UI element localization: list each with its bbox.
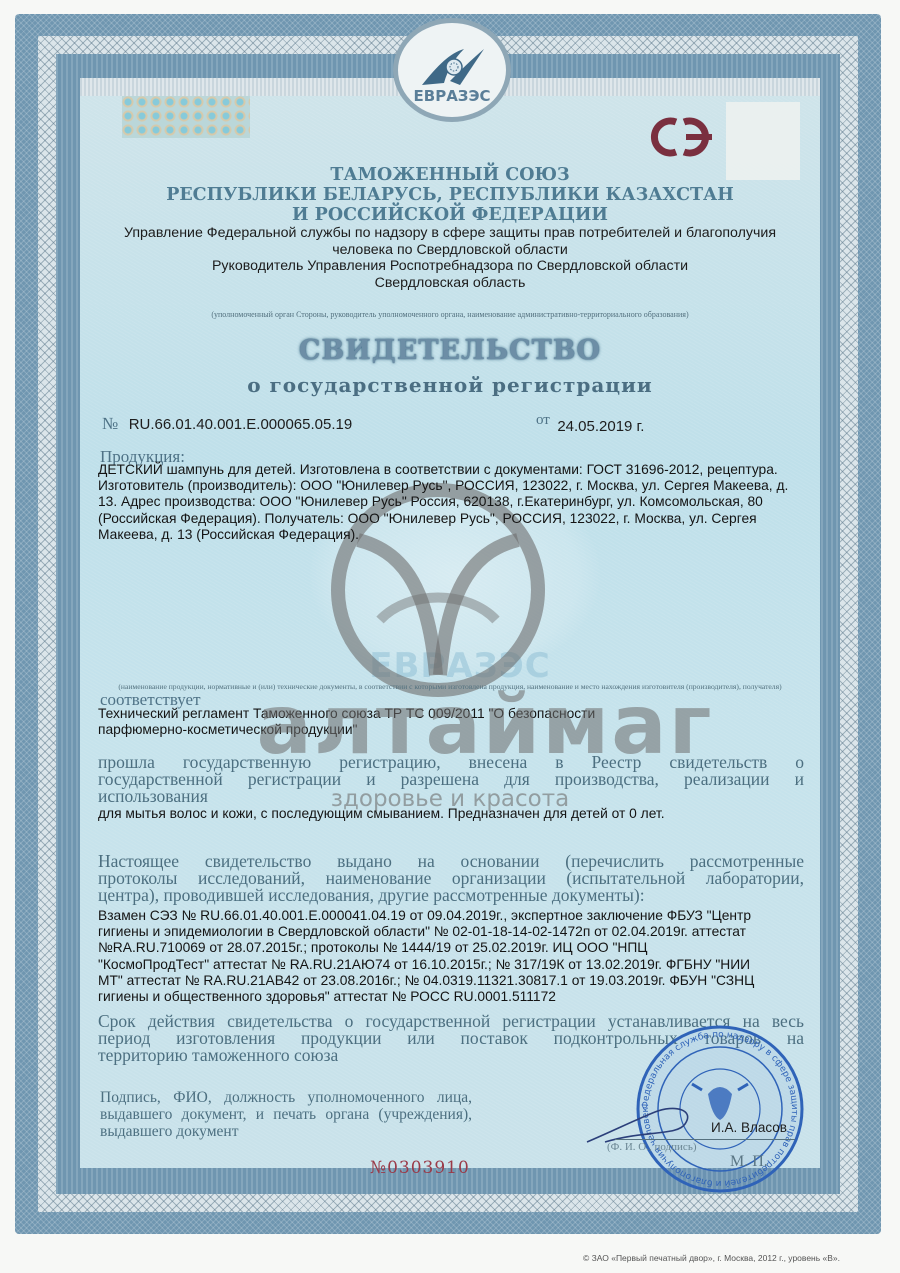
signer-name: И.А. Власов [711, 1120, 787, 1135]
union-title-line: ТАМОЖЕННЫЙ СОЮЗ [90, 165, 810, 185]
basis-documents: Взамен СЭЗ № RU.66.01.40.001.Е.000041.04… [98, 908, 758, 1005]
document-subtitle: о государственной регистрации [90, 373, 810, 397]
union-title-line: РЕСПУБЛИКИ БЕЛАРУСЬ, РЕСПУБЛИКИ КАЗАХСТА… [90, 185, 810, 205]
eaec-emblem-text: ЕВРАЗЭС [398, 87, 506, 105]
hologram-strip [122, 96, 250, 138]
signature-caption-line: выдавшего документ [100, 1123, 472, 1140]
authority-caption: (уполномоченный орган Стороны, руководит… [90, 310, 810, 319]
signature-caption: Подпись, ФИО, должность уполномоченного … [100, 1089, 472, 1140]
document-title: СВИДЕТЕЛЬСТВО [90, 335, 810, 366]
authority-line: Руководитель Управления Роспотребнадзора… [90, 258, 810, 275]
authority-line: Свердловская область [90, 275, 810, 292]
authority-line: человека по Свердловской области [90, 242, 810, 259]
usage-text: для мытья волос и кожи, с последующим см… [98, 806, 804, 822]
date-label: от [536, 412, 550, 428]
registration-date: 24.05.2019 г. [557, 418, 644, 435]
eaec-swoosh-icon [420, 45, 486, 89]
authority-line: Управление Федеральной службы по надзору… [90, 225, 810, 242]
signature-line [615, 1139, 795, 1140]
fio-caption: (Ф. И. О., подпись) [607, 1141, 697, 1153]
union-title: ТАМОЖЕННЫЙ СОЮЗ РЕСПУБЛИКИ БЕЛАРУСЬ, РЕС… [90, 165, 810, 225]
registration-date-row: от 24.05.2019 г. [536, 412, 644, 430]
basis-intro-line: центра), проводившей исследования, други… [98, 887, 804, 904]
signature-caption-line: выдавшего документ, и печать органа (учр… [100, 1106, 472, 1123]
registration-number-row: № RU.66.01.40.001.E.000065.05.19 [102, 414, 352, 434]
form-serial-number: №0303910 [370, 1158, 470, 1178]
basis-intro: Настоящее свидетельство выдано на основа… [98, 853, 804, 904]
printer-copyright: © ЗАО «Первый печатный двор», г. Москва,… [583, 1253, 840, 1263]
authority-block: Управление Федеральной службы по надзору… [90, 225, 810, 291]
number-label: № [102, 414, 118, 433]
registration-number: RU.66.01.40.001.E.000065.05.19 [129, 416, 353, 433]
product-description: ДЕТСКИЙ шампунь для детей. Изготовлена в… [98, 462, 804, 543]
union-title-line: И РОССИЙСКОЙ ФЕДЕРАЦИИ [90, 205, 810, 225]
eaec-emblem: ЕВРАЗЭС [393, 18, 511, 122]
seal-mark-label: М. П. [730, 1153, 768, 1171]
se-conformity-mark-icon [640, 112, 720, 162]
signature-caption-line: Подпись, ФИО, должность уполномоченного … [100, 1089, 472, 1106]
